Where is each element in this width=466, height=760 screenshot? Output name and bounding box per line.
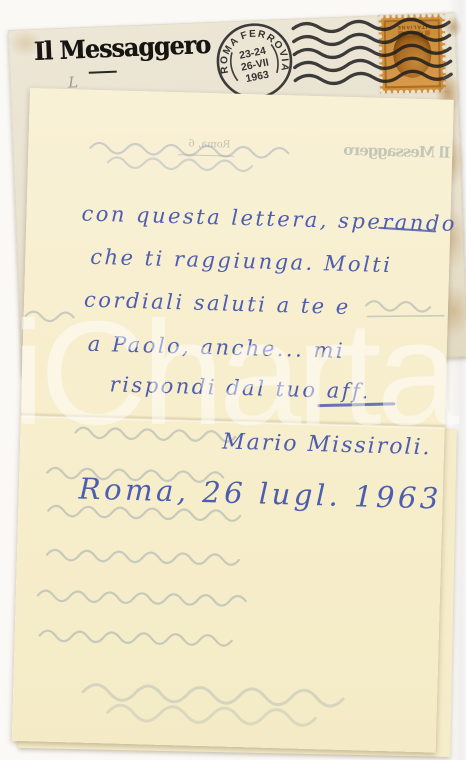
envelope-masthead: Il Messaggero: [33, 30, 210, 66]
letter-sheet: Il Messaggero Roma, 6 con questa l: [12, 88, 454, 753]
cancellation-waves-icon: [291, 8, 460, 99]
scanned-letter-photo: Il Messaggero L ROMA FERROVIA 23-24 26-V…: [0, 0, 466, 760]
masthead-rule: [89, 71, 117, 74]
